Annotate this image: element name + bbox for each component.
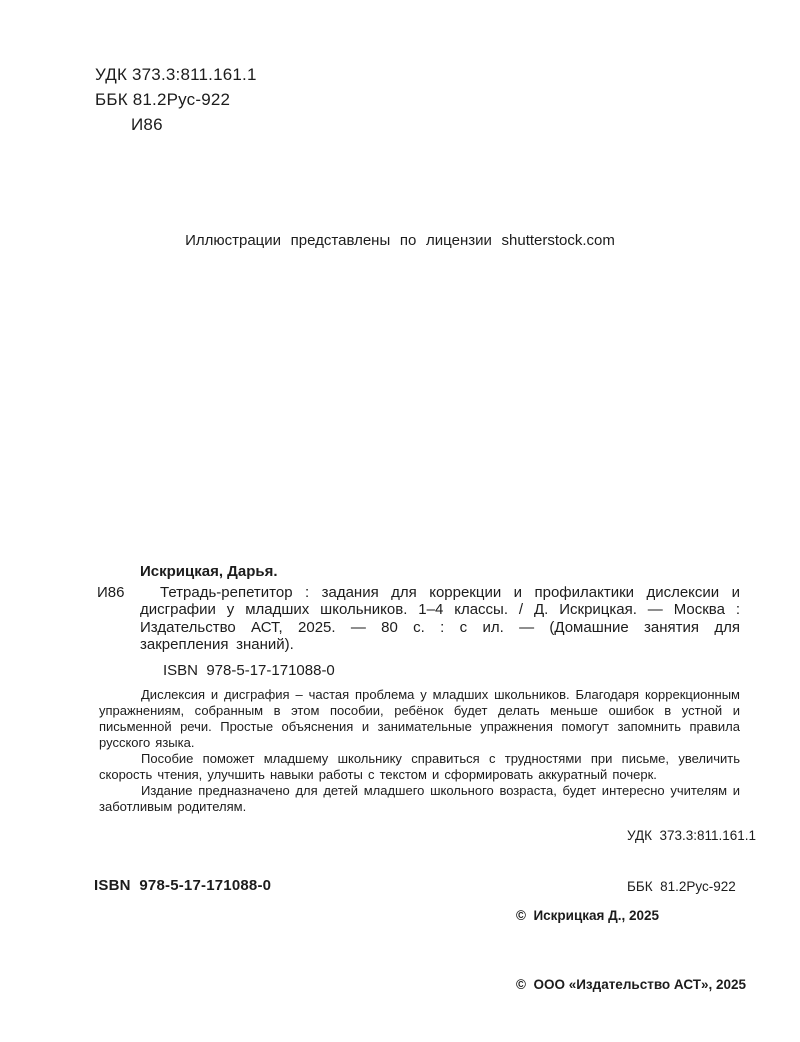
card-description: Тетрадь-репетитор : задания для коррекци… [140, 584, 740, 654]
bbk-line: ББК 81.2Рус-922 [95, 87, 257, 112]
copyright-line: © Искрицкая Д., 2025 [516, 904, 746, 927]
card-author-code: И86 [97, 584, 124, 602]
annotation-paragraph: Дислексия и дисграфия – частая проблема … [99, 687, 740, 751]
catalog-card: Искрицкая, Дарья. И86 Тетрадь-репетитор … [97, 563, 740, 679]
copyright-block: © Искрицкая Д., 2025 © ООО «Издательство… [516, 858, 746, 1042]
annotation-paragraph: Пособие поможет младшему школьнику справ… [99, 751, 740, 783]
imprint-top-block: УДК 373.3:811.161.1 ББК 81.2Рус-922 И86 [95, 62, 257, 137]
copyright-line: © ООО «Издательство АСТ», 2025 [516, 973, 746, 996]
card-isbn: ISBN 978-5-17-171088-0 [163, 662, 740, 680]
card-author: Искрицкая, Дарья. [140, 563, 740, 581]
author-code: И86 [131, 112, 257, 137]
udk-line: УДК 373.3:811.161.1 [95, 62, 257, 87]
udk-line: УДК 373.3:811.161.1 [627, 827, 756, 844]
license-note: Иллюстрации представлены по лицензии shu… [0, 232, 800, 249]
footer-isbn: ISBN 978-5-17-171088-0 [94, 877, 271, 894]
card-entry: И86 Тетрадь-репетитор : задания для корр… [97, 584, 740, 654]
